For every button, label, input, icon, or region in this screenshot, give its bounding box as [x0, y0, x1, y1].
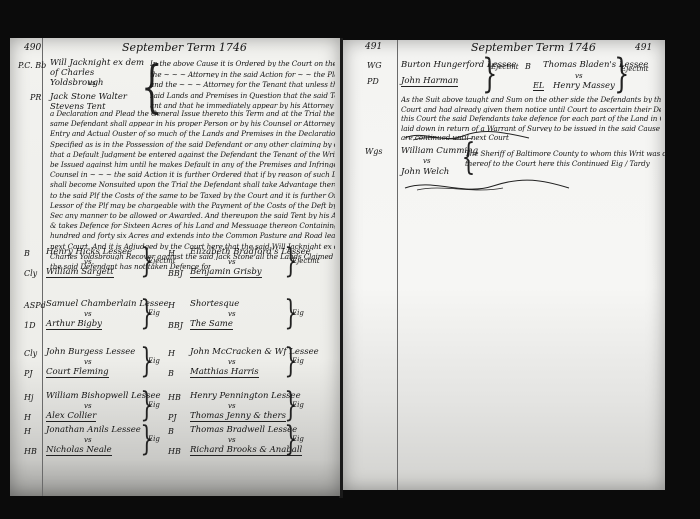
order-text-line: As the Suit above taught and Sum on the … — [401, 96, 661, 103]
case-result: Eig — [148, 436, 160, 443]
page-number-corner: 491 — [635, 44, 652, 53]
party-name: John McCracken & Wf Lessee — [190, 348, 319, 357]
page-number: 490 — [24, 44, 41, 53]
order-text-line: ant and that he immediately appear by hi… — [150, 102, 335, 109]
party-name: John Burgess Lessee — [46, 348, 135, 357]
vs-label: vs — [84, 403, 92, 410]
order-text-line: & takes Defence for Sixteen Acres of his… — [50, 222, 335, 229]
party-mark: BBJ — [168, 322, 183, 330]
vs-label: vs — [88, 80, 96, 87]
case-result: Eig — [148, 358, 160, 365]
party-mark: ASPd — [24, 302, 46, 310]
plaintiff-name: Will Jacknight ex dem of Charles Yoldsbr… — [50, 58, 145, 88]
party-name: Alex Collier — [46, 412, 96, 422]
party-name: Shortesque — [190, 300, 239, 309]
return-text-line: The Sheriff of Baltimore County to whom … — [465, 150, 665, 157]
defendant-name: Jack Stone Walter Stevens Tent — [50, 92, 150, 112]
case-result: Ejectmt — [621, 66, 649, 73]
return-text-line: thereof to the Court here this Continued… — [465, 160, 650, 167]
party-mark: H — [168, 302, 175, 310]
vs-label: vs — [84, 359, 92, 366]
left-margin-rule — [42, 38, 43, 496]
party-mark: PJ — [24, 370, 33, 378]
order-text-line: the ~ ~ ~ Attorney in the said Action fo… — [150, 71, 335, 78]
party-name: The Same — [190, 320, 233, 330]
party-name: Benjamin Grisby — [190, 268, 262, 278]
party-name: Matthias Harris — [190, 368, 259, 378]
party-mark: Hj — [24, 394, 33, 402]
vs-label: vs — [228, 259, 236, 266]
order-text-line: Lessor of the Plf may be chargeable with… — [50, 202, 335, 209]
vs-label: vs — [228, 311, 236, 318]
party-mark: B — [168, 428, 174, 436]
party-name: Thomas Jenny & thers — [190, 412, 286, 422]
vs-label: vs — [228, 359, 236, 366]
party-mark: B — [525, 63, 531, 71]
party-name: Jonathan Anils Lessee — [46, 426, 141, 435]
order-text-line: shall become Nonsuited upon the Trial th… — [50, 181, 335, 188]
vs-label: vs — [575, 73, 583, 80]
party-mark: EL — [533, 82, 544, 91]
case-result: Eig — [292, 402, 304, 409]
vs-label: vs — [84, 311, 92, 318]
party-mark: H — [168, 250, 175, 258]
case-result: Ejectmt — [148, 258, 176, 265]
party-mark: 1D — [24, 322, 36, 330]
party-mark: PJ — [168, 414, 177, 422]
party-name: Court Fleming — [46, 368, 109, 378]
party-mark: H — [24, 428, 31, 436]
order-text-line: same Defendant shall appear in his prope… — [50, 120, 335, 127]
order-text-line: a Declaration and Plead the General Issu… — [50, 110, 335, 117]
party-name: Henry Massey — [553, 82, 615, 91]
flourish-divider — [403, 178, 573, 196]
vs-label: vs — [228, 403, 236, 410]
order-text-line: that a Default Judgment be entered again… — [50, 151, 335, 158]
party-mark: H — [168, 350, 175, 358]
party-mark: HB — [24, 448, 37, 456]
right-page: 491 September Term 1746 491 WG Burton Hu… — [343, 40, 665, 490]
order-text-line: this Court the said Defendants take defe… — [401, 115, 661, 122]
plaintiff-mark: P.C. Bb — [18, 62, 46, 70]
party-name: Henry Hicks Lessee — [46, 248, 132, 257]
party-mark: Wgs — [365, 148, 382, 156]
case-result: Ejectmt — [292, 258, 320, 265]
order-text-line: to the said Plf the Costs of the same to… — [50, 192, 335, 199]
case-result: Eig — [148, 402, 160, 409]
party-name: William Sargett — [46, 268, 114, 278]
order-text-line: said Lands and Premises in Question that… — [150, 92, 335, 99]
party-name: Thomas Bradwell Lessee — [190, 426, 297, 435]
party-name: John Harman — [401, 77, 458, 87]
case-result: Eig — [292, 310, 304, 317]
party-mark: HB — [168, 394, 181, 402]
vs-label: vs — [84, 259, 92, 266]
order-text-line: be Issued against him until he makes Def… — [50, 161, 335, 168]
party-mark: H — [24, 414, 31, 422]
page-header: September Term 1746 — [122, 42, 247, 53]
brace: { — [462, 140, 476, 176]
defendant-mark: PR — [30, 94, 41, 102]
party-mark: WG — [367, 62, 382, 70]
order-text-line: Sec any manner to be allowed or Awarded.… — [50, 212, 335, 219]
page-number: 491 — [365, 43, 382, 52]
vs-label: vs — [228, 437, 236, 444]
order-text-line: Entry and Actual Ouster of so much of th… — [50, 130, 335, 137]
party-mark: B — [24, 250, 30, 258]
party-name: Arthur Bigby — [46, 320, 102, 330]
case-result: Eig — [292, 436, 304, 443]
order-text-line: hundred and forty six Acres and extends … — [50, 232, 335, 239]
order-text-line: In the above Cause it is Ordered by the … — [150, 60, 335, 67]
party-mark: B — [168, 370, 174, 378]
party-mark: HB — [168, 448, 181, 456]
party-name: Nicholas Neale — [46, 446, 112, 456]
party-name: John Welch — [401, 168, 449, 177]
order-text-line: and the ~ ~ ~ Attorney for the Tenant th… — [150, 81, 335, 88]
left-page: 490 September Term 1746 P.C. Bb Will Jac… — [10, 38, 340, 496]
brace: } — [482, 54, 497, 94]
order-text-line: Court and had already given them notice … — [401, 106, 661, 113]
case-result: Eig — [292, 358, 304, 365]
vs-label: vs — [84, 437, 92, 444]
vs-label: vs — [423, 158, 431, 165]
right-margin-rule — [397, 40, 398, 490]
case-result: Eig — [148, 310, 160, 317]
case-result: Ejectmt — [491, 64, 519, 71]
party-mark: PD — [367, 78, 379, 86]
order-text-line: Counsel in ~ ~ ~ the said Action it is f… — [50, 171, 335, 178]
party-mark: Cly — [24, 350, 37, 358]
order-text-line: Specified as is in the Possession of the… — [50, 141, 335, 148]
party-mark: Cly — [24, 270, 37, 278]
party-mark: BBJ — [168, 270, 183, 278]
brace: } — [614, 54, 629, 94]
